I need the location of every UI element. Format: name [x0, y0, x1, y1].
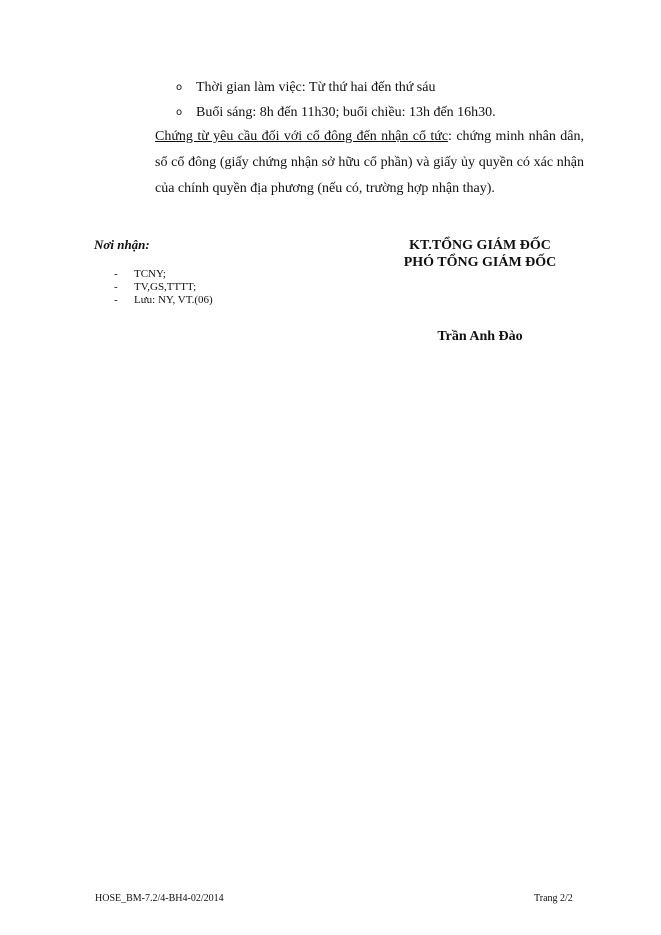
recipient-item: -TV,GS,TTTT; [114, 281, 213, 294]
signature-title-1: KT.TỔNG GIÁM ĐỐC [380, 238, 580, 254]
document-page: oThời gian làm việc: Từ thứ hai đến thứ … [0, 0, 661, 935]
requirements-paragraph: Chứng từ yêu cầu đối với cổ đông đến nhậ… [155, 124, 584, 202]
recipients-list: -TCNY; -TV,GS,TTTT; -Lưu: NY, VT.(06) [114, 268, 213, 307]
circle-bullet-icon: o [176, 80, 196, 96]
recipients-title: Nơi nhận: [94, 237, 150, 253]
recipient-item: -Lưu: NY, VT.(06) [114, 294, 213, 307]
footer-form-code: HOSE_BM-7.2/4-BH4-02/2014 [95, 893, 224, 904]
footer-page-number: Trang 2/2 [534, 893, 573, 904]
circle-bullet-icon: o [176, 105, 196, 121]
bullet-working-days: oThời gian làm việc: Từ thứ hai đến thứ … [176, 80, 435, 96]
bullet-working-hours: oBuổi sáng: 8h đến 11h30; buổi chiều: 13… [176, 105, 496, 121]
signature-title-2: PHÓ TỔNG GIÁM ĐỐC [380, 255, 580, 271]
recipient-item: -TCNY; [114, 268, 213, 281]
signatory-name: Trần Anh Đào [380, 329, 580, 345]
requirements-label: Chứng từ yêu cầu đối với cổ đông đến nhậ… [155, 129, 448, 144]
